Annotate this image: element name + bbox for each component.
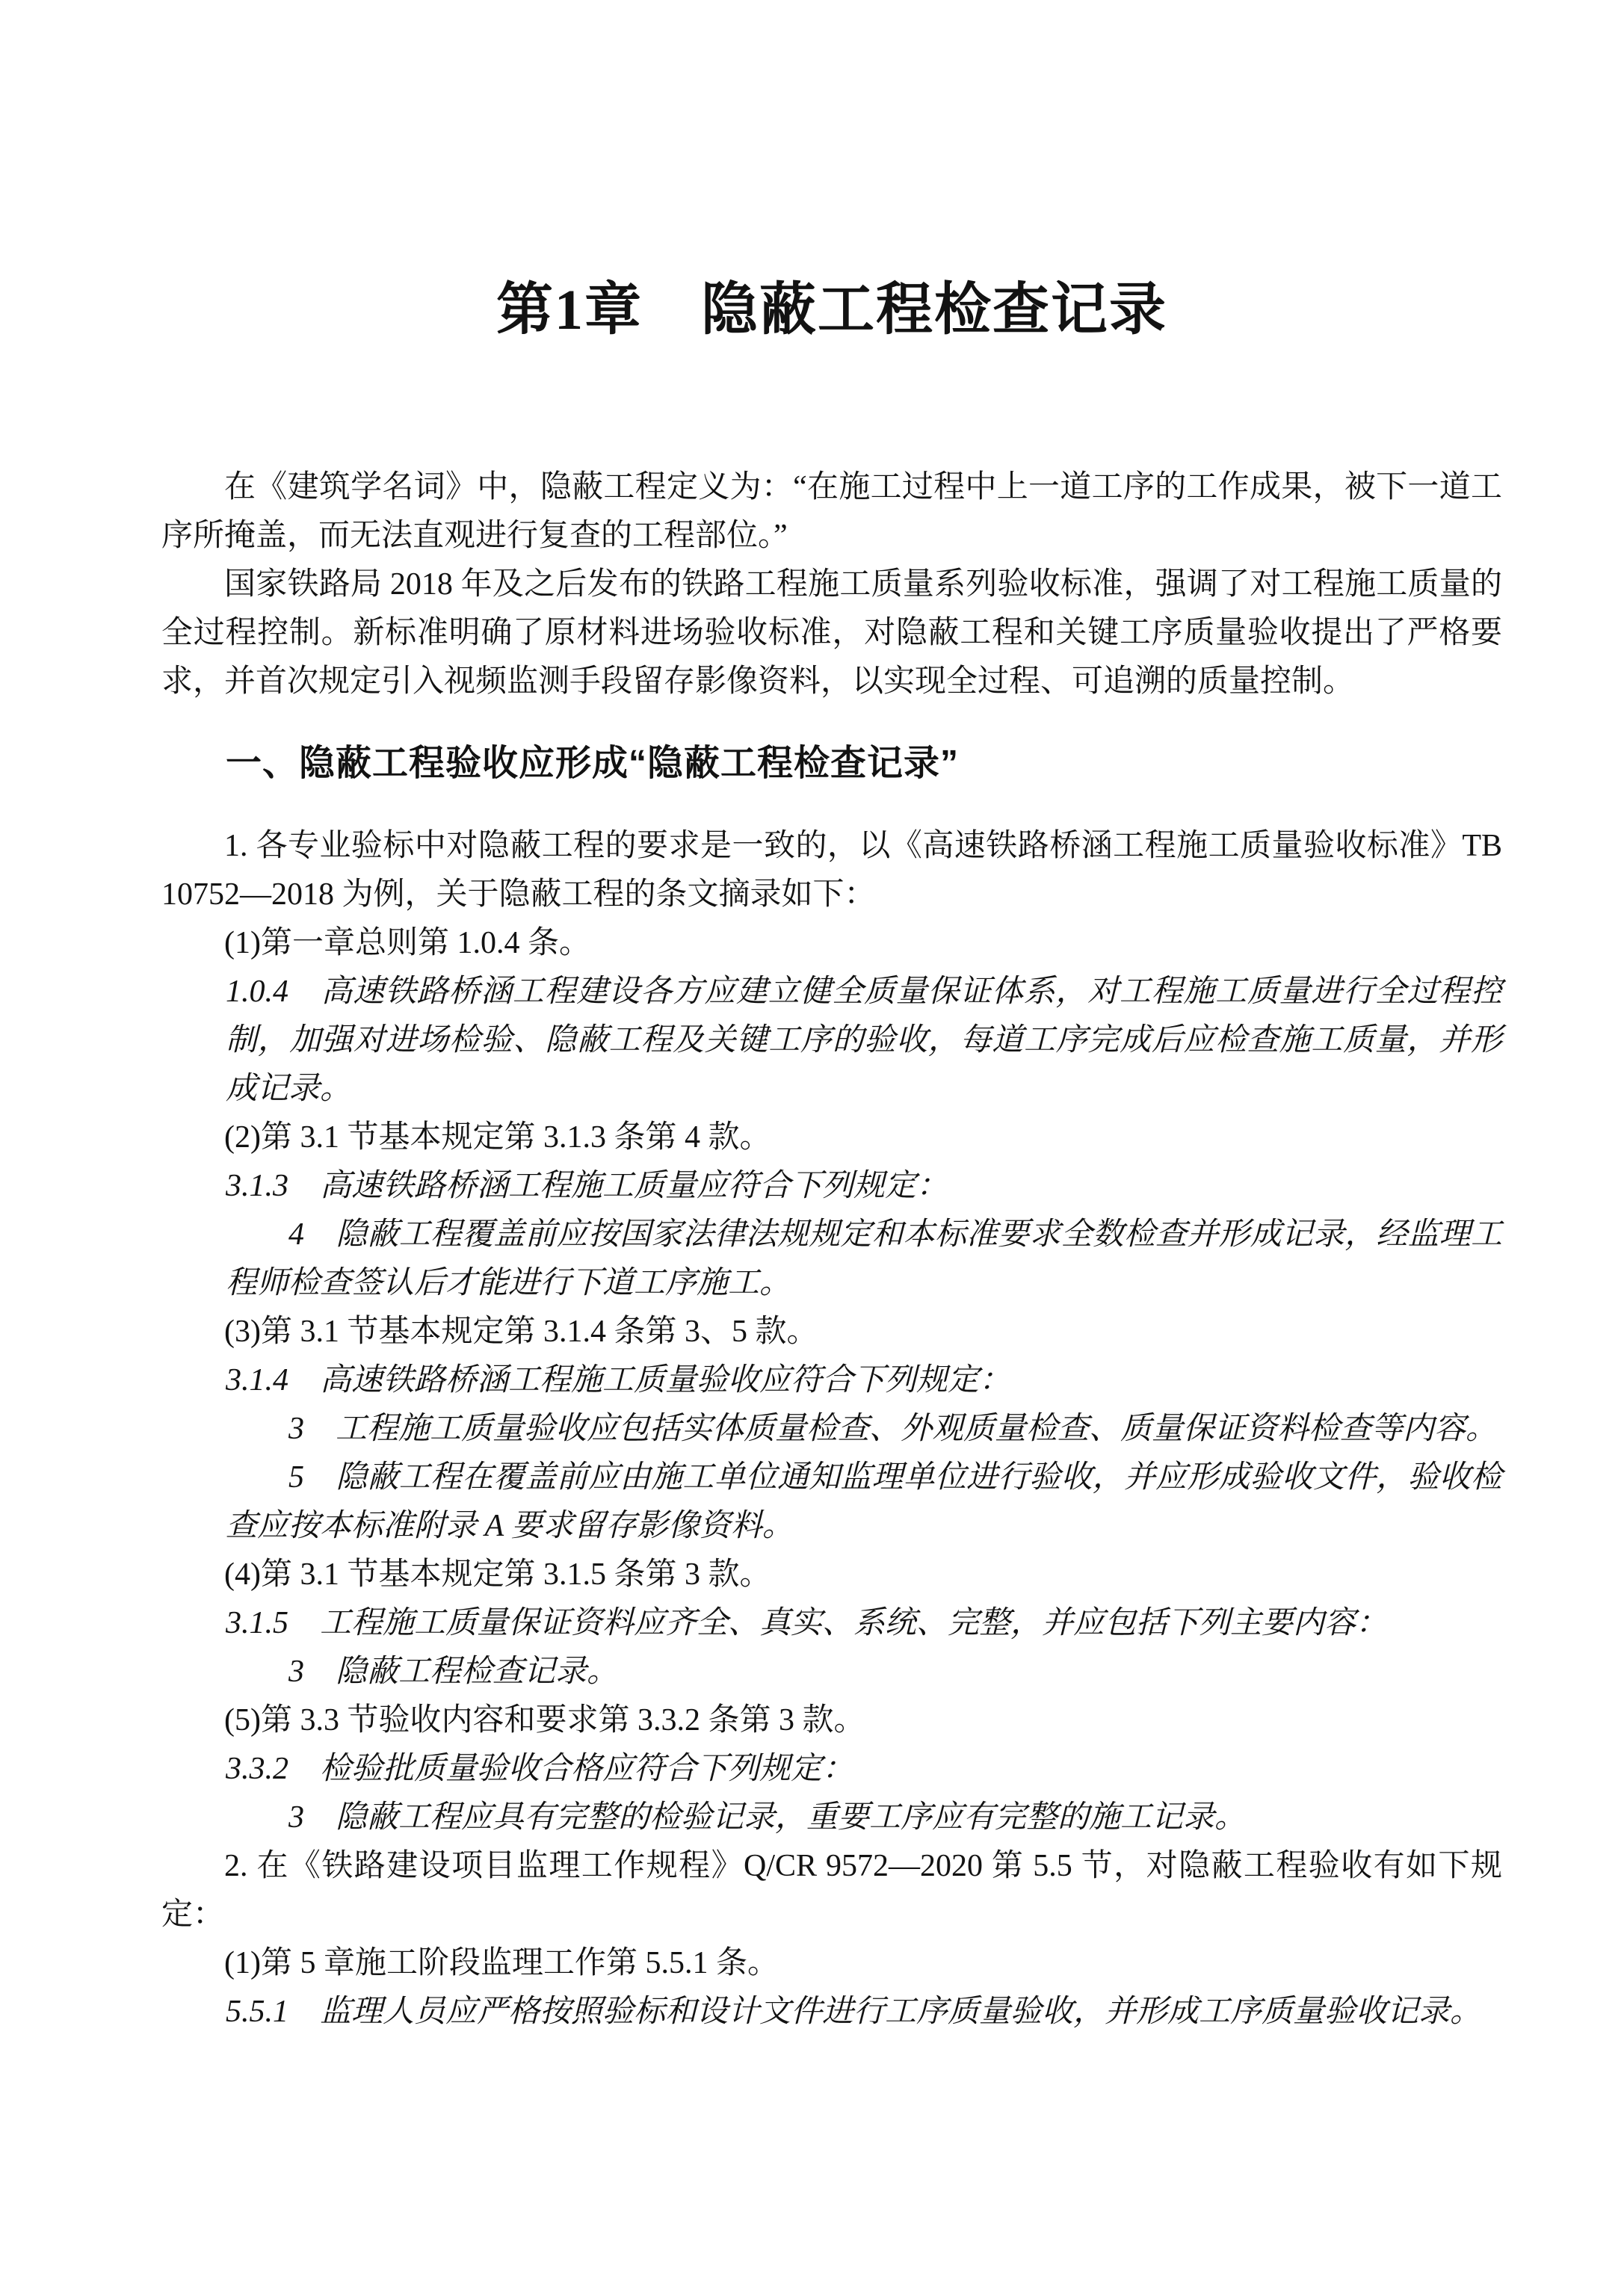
body-paragraph: 1. 各专业验标中对隐蔽工程的要求是一致的，以《高速铁路桥涵工程施工质量验收标准…	[161, 822, 1502, 919]
clause-reference: (4)第 3.1 节基本规定第 3.1.5 条第 3 款。	[161, 1551, 1502, 1599]
clause-reference: (1)第 5 章施工阶段监理工作第 5.5.1 条。	[161, 1939, 1502, 1988]
clause-reference: (2)第 3.1 节基本规定第 3.1.3 条第 4 款。	[161, 1113, 1502, 1162]
body-paragraph: 2. 在《铁路建设项目监理工作规程》Q/CR 9572—2020 第 5.5 节…	[161, 1842, 1502, 1939]
clause-reference: (3)第 3.1 节基本规定第 3.1.4 条第 3、5 款。	[161, 1308, 1502, 1356]
body-paragraph: 国家铁路局 2018 年及之后发布的铁路工程施工质量系列验收标准，强调了对工程施…	[161, 560, 1502, 706]
quoted-clause-item: 3 隐蔽工程应具有完整的检验记录，重要工序应有完整的施工记录。	[226, 1794, 1502, 1842]
quoted-clause-item: 3 工程施工质量验收应包括实体质量检查、外观质量检查、质量保证资料检查等内容。	[226, 1405, 1502, 1454]
quoted-clause-item: 3 隐蔽工程检查记录。	[226, 1648, 1502, 1696]
document-content: 第1章 隐蔽工程检查记录 在《建筑学名词》中，隐蔽工程定义为：“在施工过程中上一…	[161, 0, 1502, 2036]
book-page: 第1章 隐蔽工程检查记录 在《建筑学名词》中，隐蔽工程定义为：“在施工过程中上一…	[0, 0, 1624, 2295]
quoted-clause: 3.1.5 工程施工质量保证资料应齐全、真实、系统、完整，并应包括下列主要内容：	[226, 1599, 1502, 1648]
quoted-clause: 3.1.4 高速铁路桥涵工程施工质量验收应符合下列规定：	[226, 1356, 1502, 1405]
section-heading: 一、隐蔽工程验收应形成“隐蔽工程检查记录”	[161, 739, 1502, 788]
quoted-clause: 3.1.3 高速铁路桥涵工程施工质量应符合下列规定：	[226, 1162, 1502, 1211]
chapter-title: 第1章 隐蔽工程检查记录	[161, 277, 1502, 344]
clause-reference: (1)第一章总则第 1.0.4 条。	[161, 919, 1502, 968]
quoted-clause: 5.5.1 监理人员应严格按照验标和设计文件进行工序质量验收，并形成工序质量验收…	[226, 1988, 1502, 2036]
clause-reference: (5)第 3.3 节验收内容和要求第 3.3.2 条第 3 款。	[161, 1696, 1502, 1745]
quoted-clause-item: 4 隐蔽工程覆盖前应按国家法律法规规定和本标准要求全数检查并形成记录，经监理工程…	[226, 1211, 1502, 1308]
quoted-clause-item: 5 隐蔽工程在覆盖前应由施工单位通知监理单位进行验收，并应形成验收文件，验收检查…	[226, 1454, 1502, 1551]
body-paragraph: 在《建筑学名词》中，隐蔽工程定义为：“在施工过程中上一道工序的工作成果，被下一道…	[161, 463, 1502, 560]
quoted-clause: 3.3.2 检验批质量验收合格应符合下列规定：	[226, 1745, 1502, 1794]
quoted-clause: 1.0.4 高速铁路桥涵工程建设各方应建立健全质量保证体系，对工程施工质量进行全…	[226, 968, 1502, 1113]
